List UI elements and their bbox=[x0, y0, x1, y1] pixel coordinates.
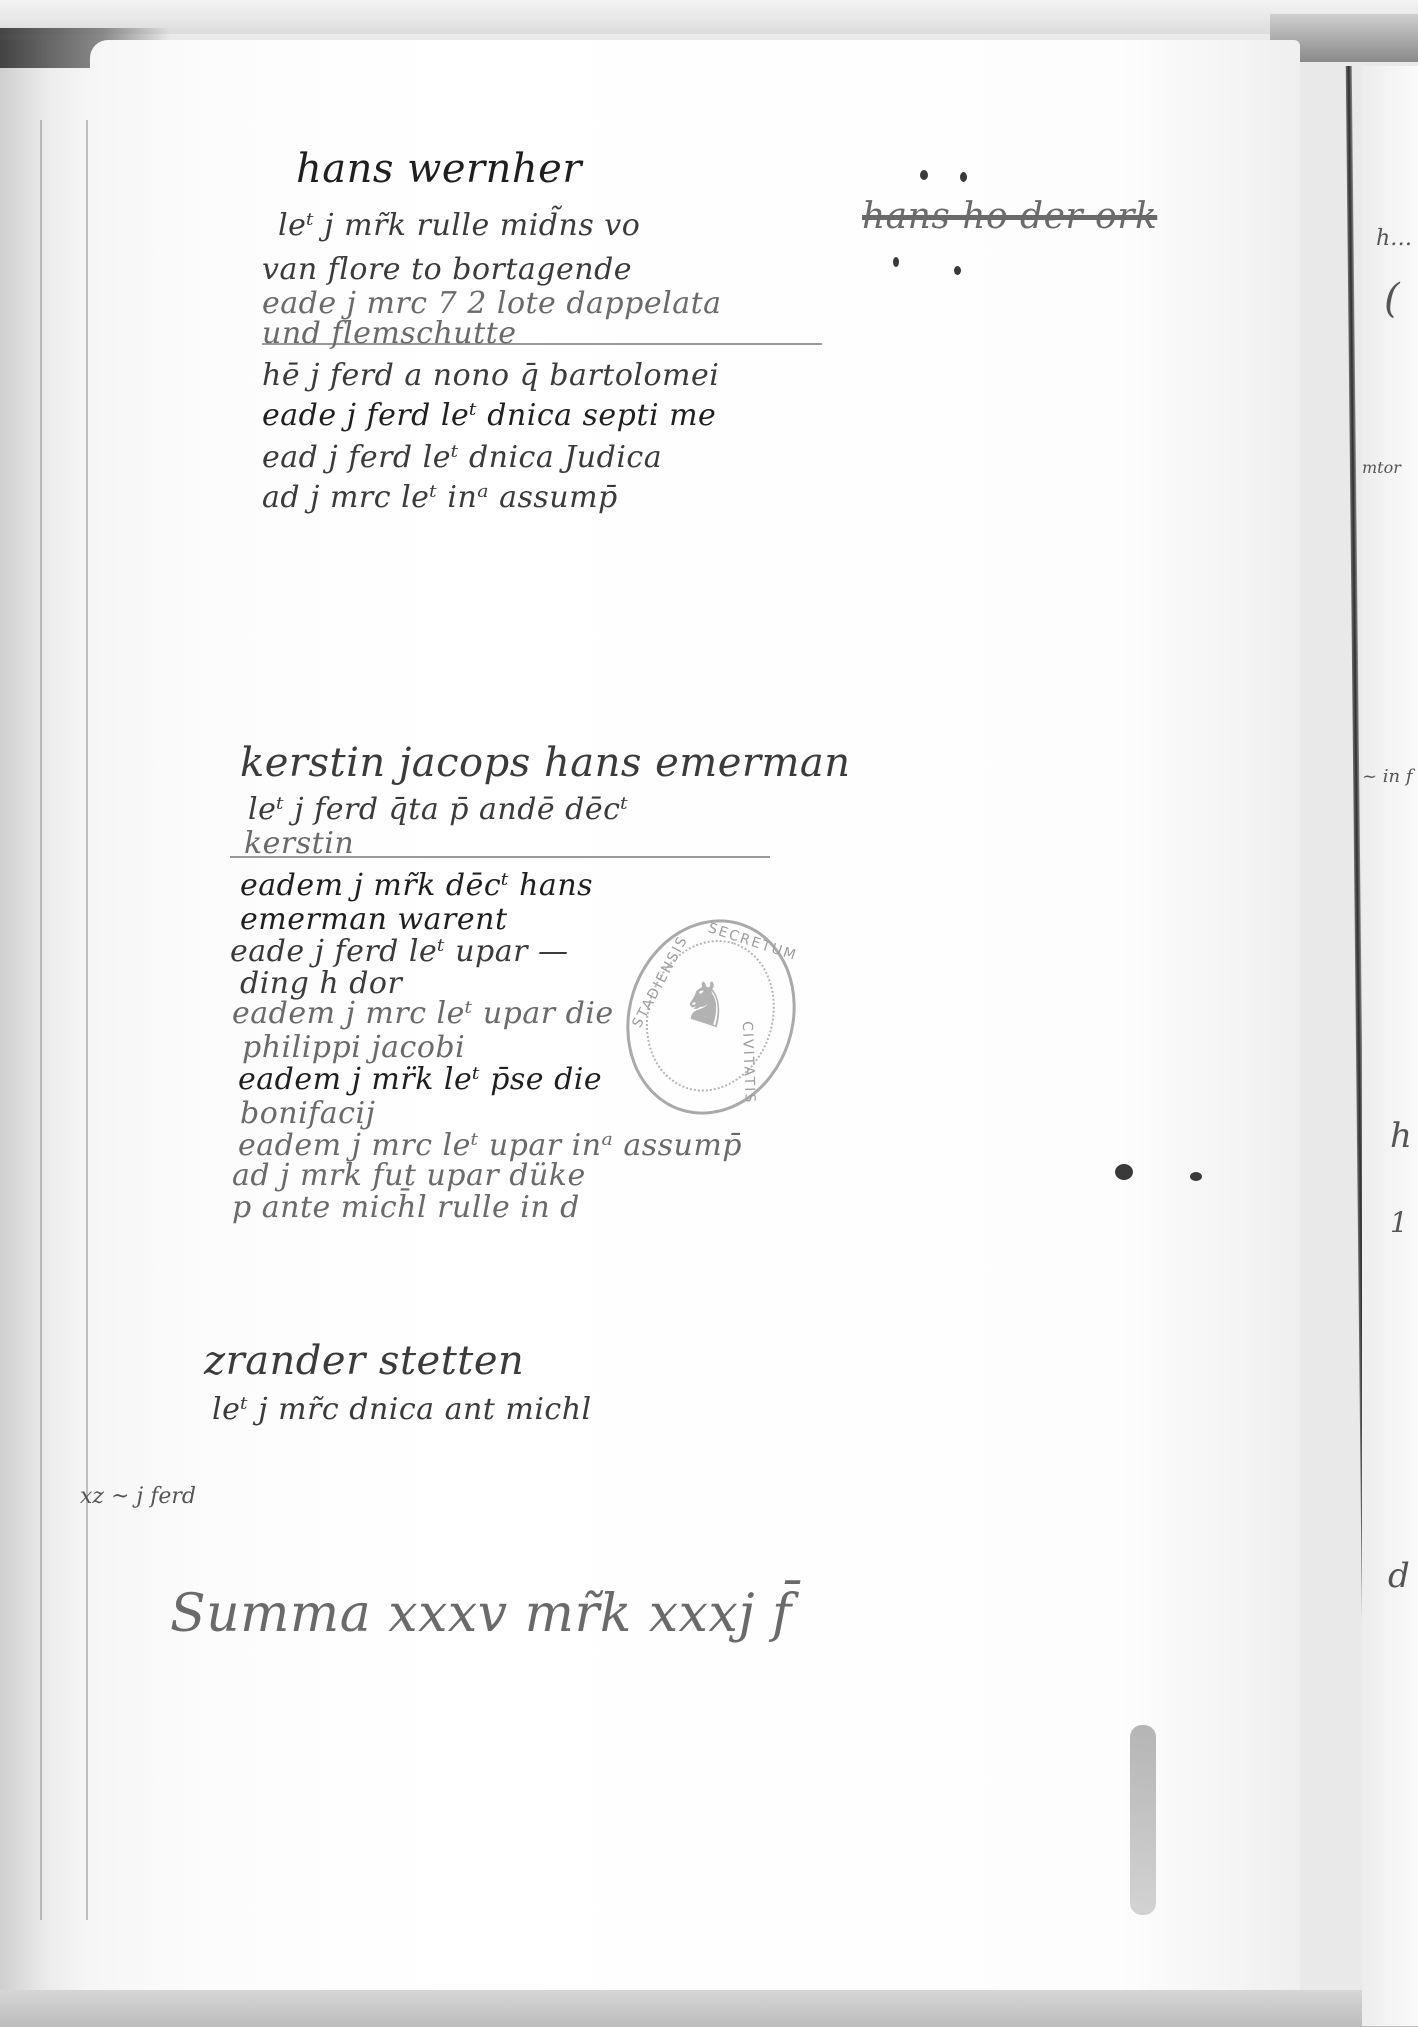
fold-crease bbox=[86, 120, 88, 1920]
ink-speck bbox=[960, 172, 967, 182]
entry-line: philippi jacobi bbox=[242, 1030, 465, 1065]
adjacent-page-fragment: d bbox=[1388, 1556, 1410, 1596]
entry-line: ad j mrc leᵗ inᵃ assump̄ bbox=[262, 480, 618, 515]
entry-line: ad j mrk fut upar düke bbox=[232, 1158, 586, 1193]
entry-line: van flore to bortagende bbox=[262, 252, 632, 287]
entry-heading: zrander stetten bbox=[204, 1338, 524, 1384]
ink-speck bbox=[893, 257, 899, 267]
entry-line: eadem j mr̃k dēcᵗ hans bbox=[240, 868, 593, 903]
adjacent-page-fragment: h… bbox=[1376, 226, 1412, 251]
adjacent-page-strip: h… ( mtor ~ in f h 1 d bbox=[1362, 66, 1418, 2026]
seal-legend-right: CIVITATIS bbox=[739, 1021, 758, 1105]
entry-line: leᵗ j mr̃k rulle mid̃ns vo bbox=[278, 208, 640, 243]
entry-line: emerman warent bbox=[240, 902, 508, 937]
margin-note: xz ~ j ferd bbox=[80, 1484, 196, 1509]
entry-line: eadem j mrc leᵗ upar die bbox=[232, 996, 614, 1031]
adjacent-page-fragment: ~ in f bbox=[1362, 766, 1413, 787]
ink-blot bbox=[1190, 1172, 1202, 1181]
entry-heading: hans wernher bbox=[296, 146, 582, 192]
ink-blot bbox=[1115, 1164, 1133, 1180]
entry-line: leᵗ j mr̃c dnica ant michl bbox=[212, 1392, 592, 1427]
entry-line: leᵗ j ferd q̄ta p̄ andē dēcᵗ bbox=[248, 792, 628, 827]
adjacent-page-fragment: ( bbox=[1384, 276, 1400, 322]
adjacent-page-fragment: 1 bbox=[1390, 1206, 1408, 1239]
entry-line: und flemschutte bbox=[262, 316, 517, 351]
entry-line: bonifacij bbox=[240, 1096, 375, 1131]
entry-line: eade j ferd leᵗ upar — bbox=[230, 934, 568, 969]
summary-total: Summa xxxv mr̃k xxxj f̄ bbox=[170, 1584, 792, 1644]
entry-line: eadem j mr̈k leᵗ p̄se die bbox=[238, 1062, 602, 1097]
fold-crease bbox=[40, 120, 42, 1920]
entry-line: eade j ferd leᵗ dnica septi me bbox=[262, 398, 716, 433]
struck-through-note: hans ho der ork bbox=[862, 196, 1157, 237]
ink-speck bbox=[954, 266, 961, 275]
entry-rule bbox=[230, 856, 770, 858]
ink-stain bbox=[1130, 1725, 1156, 1915]
ink-speck bbox=[920, 170, 928, 180]
entry-line: hē j ferd a nono q̄ bartolomei bbox=[262, 358, 719, 393]
adjacent-page-fragment: mtor bbox=[1362, 458, 1401, 477]
scanner-bottom-edge bbox=[0, 1990, 1418, 2027]
entry-line: ead j ferd leᵗ dnica Judica bbox=[262, 440, 662, 475]
entry-line: p ante mich̄l rulle in d bbox=[232, 1190, 580, 1225]
entry-heading: kerstin jacops hans emerman bbox=[240, 740, 851, 786]
adjacent-page-fragment: h bbox=[1390, 1116, 1412, 1156]
entry-rule bbox=[262, 343, 822, 345]
scanner-top-edge bbox=[0, 0, 1418, 34]
